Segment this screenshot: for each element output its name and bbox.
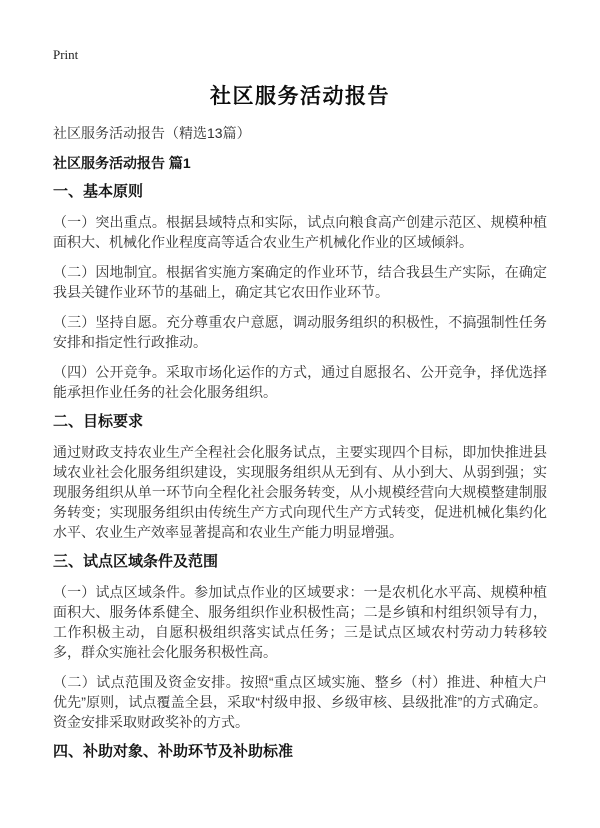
section-3-heading: 三、试点区域条件及范围: [53, 552, 547, 572]
section-3-paragraph-1: （一）试点区域条件。参加试点作业的区域要求：一是农机化水平高、规模种植面积大、服…: [53, 582, 547, 662]
article-heading: 社区服务活动报告 篇1: [53, 154, 547, 172]
section-pilot-area-scope: 三、试点区域条件及范围 （一）试点区域条件。参加试点作业的区域要求：一是农机化水…: [53, 552, 547, 732]
page-title: 社区服务活动报告: [53, 84, 547, 110]
section-1-paragraph-4: （四）公开竞争。采取市场化运作的方式，通过自愿报名、公开竞争，择优选择能承担作业…: [53, 362, 547, 402]
section-subsidy-standards: 四、补助对象、补助环节及补助标准: [53, 742, 547, 762]
section-1-paragraph-3: （三）坚持自愿。充分尊重农户意愿，调动服务组织的积极性，不搞强制性任务安排和指定…: [53, 312, 547, 352]
section-3-paragraph-2: （二）试点范围及资金安排。按照“重点区域实施、整乡（村）推进、种植大户优先”原则…: [53, 672, 547, 732]
section-1-heading: 一、基本原则: [53, 182, 547, 202]
section-2-paragraph-1: 通过财政支持农业生产全程社会化服务试点，主要实现四个目标，即加快推进县域农业社会…: [53, 442, 547, 542]
section-target-requirements: 二、目标要求 通过财政支持农业生产全程社会化服务试点，主要实现四个目标，即加快推…: [53, 412, 547, 542]
doc-subtitle: 社区服务活动报告（精选13篇）: [53, 124, 547, 142]
print-link[interactable]: Print: [53, 47, 78, 63]
section-2-heading: 二、目标要求: [53, 412, 547, 432]
section-1-paragraph-1: （一）突出重点。根据县域特点和实际，试点向粮食高产创建示范区、规模种植面积大、机…: [53, 212, 547, 252]
section-4-heading: 四、补助对象、补助环节及补助标准: [53, 742, 547, 762]
document-page: Print 社区服务活动报告 社区服务活动报告（精选13篇） 社区服务活动报告 …: [0, 0, 600, 828]
section-1-paragraph-2: （二）因地制宜。根据省实施方案确定的作业环节，结合我县生产实际，在确定我县关键作…: [53, 262, 547, 302]
section-basic-principles: 一、基本原则 （一）突出重点。根据县域特点和实际，试点向粮食高产创建示范区、规模…: [53, 182, 547, 402]
